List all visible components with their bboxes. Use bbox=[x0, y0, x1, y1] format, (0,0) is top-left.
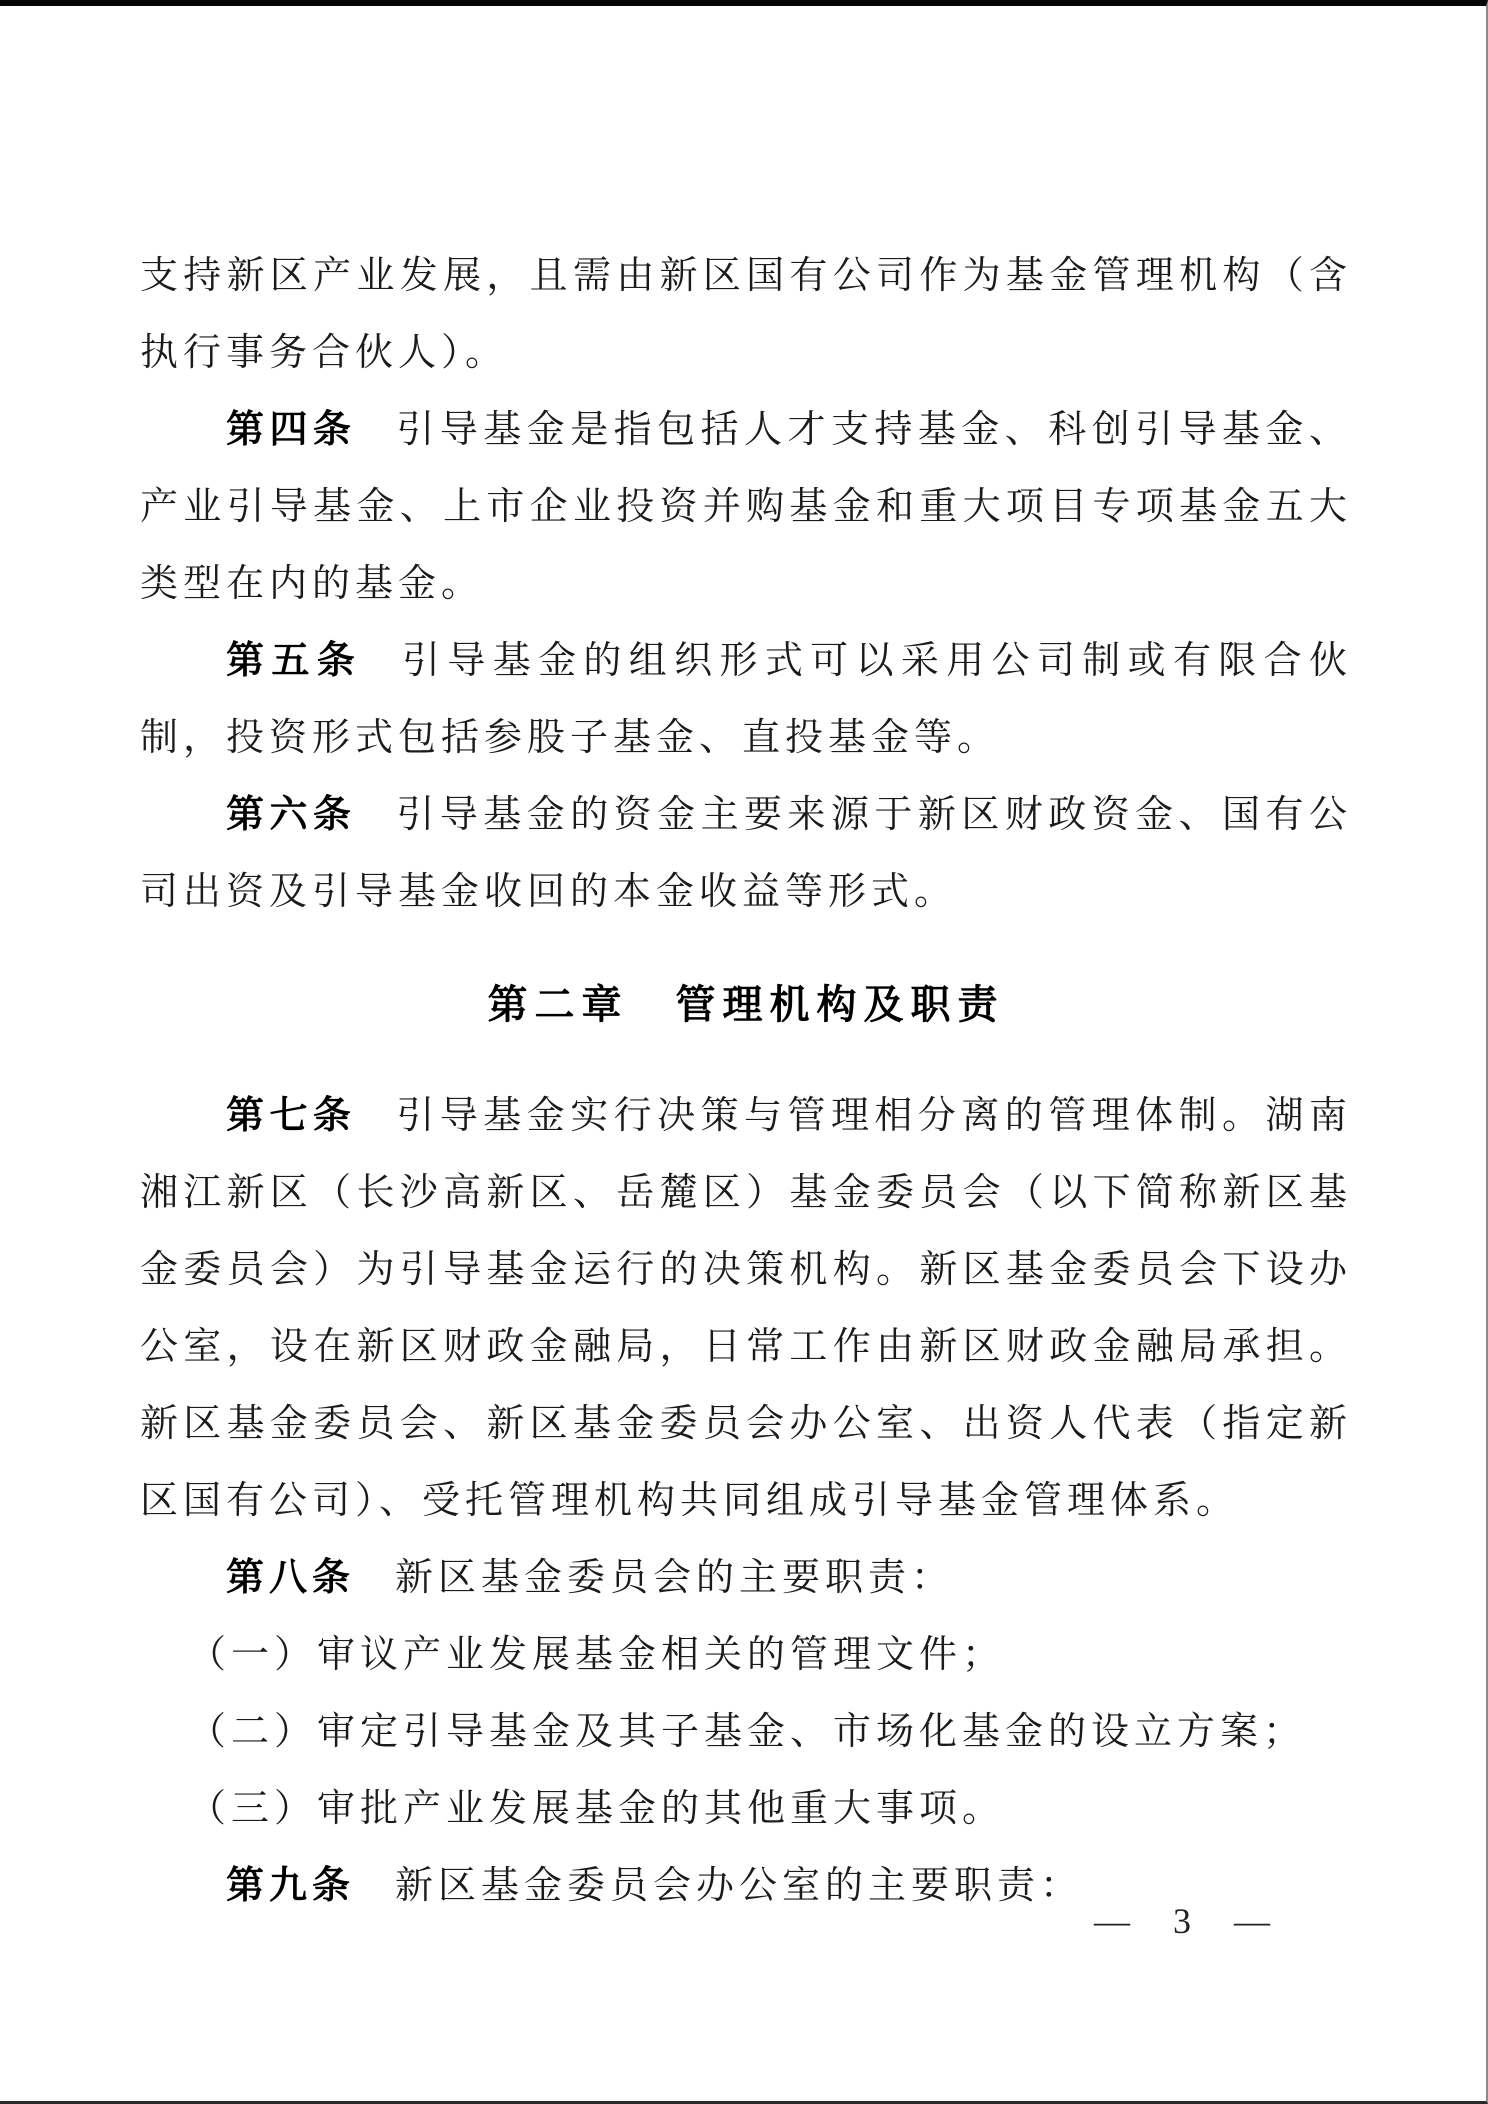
article-8-label: 第八条 bbox=[226, 1557, 355, 1599]
list-item-text: （二）审定引导基金及其子基金、市场化基金的设立方案； bbox=[188, 1711, 1306, 1753]
paragraph-text: 引导基金实行决策与管理相分离的管理体制。湖南湘江新区（长沙高新区、岳麓区）基金委… bbox=[140, 1095, 1352, 1522]
article-5-label: 第五条 bbox=[226, 640, 362, 682]
paragraph-continuation: 支持新区产业发展，且需由新区国有公司作为基金管理机构（含执行事务合伙人）。 bbox=[140, 238, 1352, 392]
list-item-2: （二）审定引导基金及其子基金、市场化基金的设立方案； bbox=[140, 1694, 1352, 1771]
document-page: 支持新区产业发展，且需由新区国有公司作为基金管理机构（含执行事务合伙人）。 第四… bbox=[0, 0, 1488, 2104]
article-8-paragraph: 第八条新区基金委员会的主要职责： bbox=[140, 1540, 1352, 1617]
list-item-1: （一）审议产业发展基金相关的管理文件； bbox=[140, 1617, 1352, 1694]
article-4-paragraph: 第四条引导基金是指包括人才支持基金、科创引导基金、产业引导基金、上市企业投资并购… bbox=[140, 392, 1352, 623]
article-6-paragraph: 第六条引导基金的资金主要来源于新区财政资金、国有公司出资及引导基金收回的本金收益… bbox=[140, 777, 1352, 931]
document-body: 支持新区产业发展，且需由新区国有公司作为基金管理机构（含执行事务合伙人）。 第四… bbox=[140, 238, 1352, 1925]
article-7-paragraph: 第七条引导基金实行决策与管理相分离的管理体制。湖南湘江新区（长沙高新区、岳麓区）… bbox=[140, 1078, 1352, 1540]
article-9-label: 第九条 bbox=[226, 1865, 355, 1907]
paragraph-text: 新区基金委员会的主要职责： bbox=[395, 1557, 954, 1599]
article-5-paragraph: 第五条引导基金的组织形式可以采用公司制或有限合伙制，投资形式包括参股子基金、直投… bbox=[140, 623, 1352, 777]
page-number: — 3 — bbox=[1094, 1900, 1280, 1942]
list-item-text: （一）审议产业发展基金相关的管理文件； bbox=[188, 1634, 1005, 1676]
article-4-label: 第四条 bbox=[226, 409, 356, 451]
article-7-label: 第七条 bbox=[226, 1095, 356, 1137]
paragraph-text: 支持新区产业发展，且需由新区国有公司作为基金管理机构（含执行事务合伙人）。 bbox=[140, 255, 1352, 374]
list-item-3: （三）审批产业发展基金的其他重大事项。 bbox=[140, 1771, 1352, 1848]
list-item-text: （三）审批产业发展基金的其他重大事项。 bbox=[188, 1788, 1005, 1830]
chapter-2-heading: 第二章 管理机构及职责 bbox=[140, 967, 1352, 1044]
article-6-label: 第六条 bbox=[226, 794, 356, 836]
paragraph-text: 新区基金委员会办公室的主要职责： bbox=[395, 1865, 1083, 1907]
